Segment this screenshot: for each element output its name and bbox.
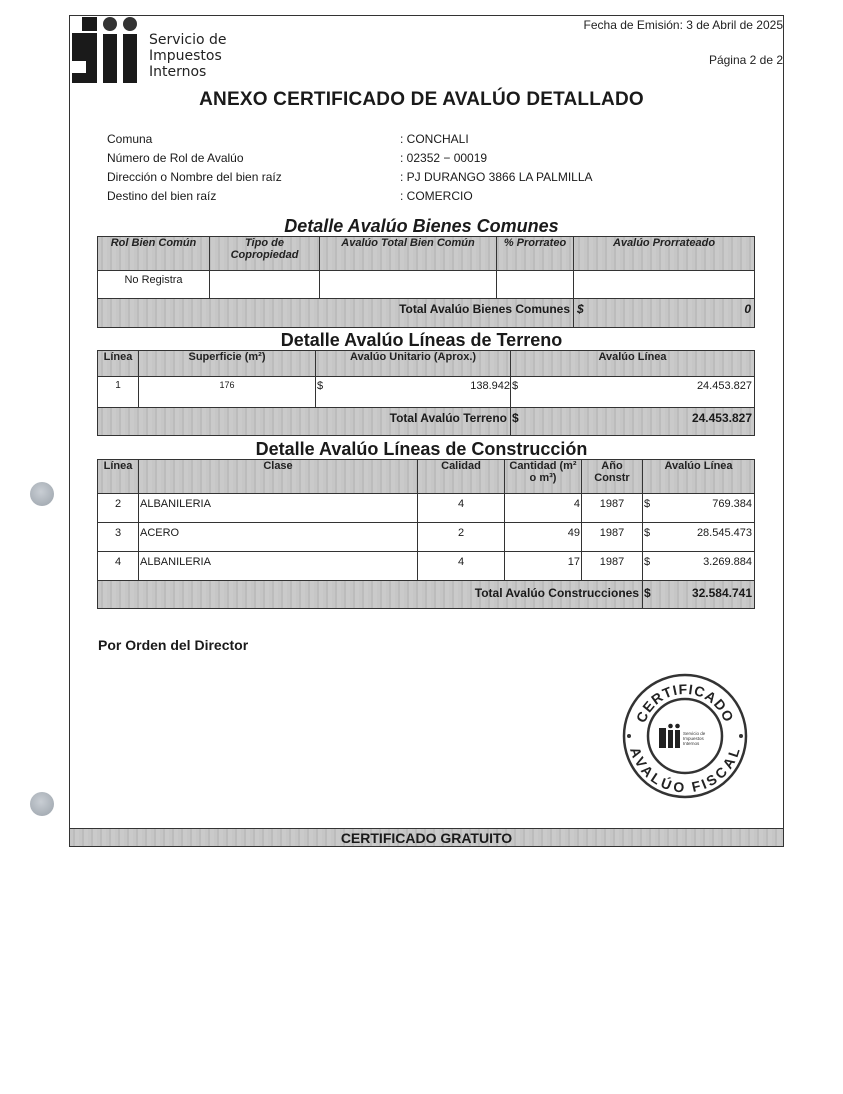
- info-row-destino: Destino del bien raíz : COMERCIO: [107, 187, 593, 206]
- cell-superficie: 176: [139, 377, 316, 408]
- certificado-avaluo-fiscal-stamp: CERTIFICADO AVALÚO FISCAL Servicio de Im…: [621, 672, 749, 800]
- table-construccion: Línea Clase Calidad Cantidad (m² o m³) A…: [97, 459, 755, 609]
- property-info: Comuna : CONCHALI Número de Rol de Avalú…: [107, 130, 593, 206]
- info-row-rol: Número de Rol de Avalúo : 02352 − 00019: [107, 149, 593, 168]
- info-row-comuna: Comuna : CONCHALI: [107, 130, 593, 149]
- table-row: No Registra: [98, 271, 755, 299]
- cell-avaluo-linea: $ 24.453.827: [511, 377, 755, 408]
- line-value: 24.453.827: [697, 380, 752, 392]
- column-header: Superficie (m²): [139, 351, 316, 377]
- document-title: ANEXO CERTIFICADO DE AVALÚO DETALLADO: [0, 89, 843, 111]
- cell-avaluo-total: [320, 271, 497, 299]
- table-header-row: Línea Clase Calidad Cantidad (m² o m³) A…: [98, 460, 755, 494]
- punch-hole-top: [30, 482, 54, 506]
- table-total-row: Total Avalúo Bienes Comunes $ 0: [98, 299, 755, 328]
- cell-linea: 4: [98, 552, 139, 581]
- line-value: 28.545.473: [697, 527, 752, 539]
- signature-line: Por Orden del Director: [98, 637, 248, 653]
- currency-symbol: $: [644, 586, 651, 600]
- column-header: Línea: [98, 460, 139, 494]
- cell-linea: 1: [98, 377, 139, 408]
- column-header: Tipo de Copropiedad: [210, 237, 320, 271]
- column-header: Cantidad (m² o m³): [505, 460, 582, 494]
- table-row: 1 176 $ 138.942 $ 24.453.827: [98, 377, 755, 408]
- page-number: Página 2 de 2: [709, 53, 783, 67]
- table-row: 3 ACERO 2 49 1987 $ 28.545.473: [98, 523, 755, 552]
- column-header: Avalúo Total Bien Común: [320, 237, 497, 271]
- column-header: Avalúo Unitario (Aprox.): [316, 351, 511, 377]
- cell-clase: ACERO: [139, 523, 418, 552]
- cell-clase: ALBANILERIA: [139, 552, 418, 581]
- line-value: 3.269.884: [703, 556, 752, 568]
- punch-hole-bottom: [30, 792, 54, 816]
- column-header: Rol Bien Común: [98, 237, 210, 271]
- line-value: 769.384: [712, 498, 752, 510]
- total-value: 0: [744, 302, 751, 316]
- total-label: Total Avalúo Terreno: [98, 408, 511, 436]
- column-header: Avalúo Línea: [643, 460, 755, 494]
- info-value: : PJ DURANGO 3866 LA PALMILLA: [400, 168, 593, 187]
- cell-calidad: 2: [418, 523, 505, 552]
- cell-clase: ALBANILERIA: [139, 494, 418, 523]
- column-header: Avalúo Línea: [511, 351, 755, 377]
- unit-value: 138.942: [470, 380, 510, 392]
- info-value: : COMERCIO: [400, 187, 473, 206]
- info-label: Destino del bien raíz: [107, 187, 400, 206]
- cell-avaluo-prorrateado: [574, 271, 755, 299]
- cell-prorrateo: [497, 271, 574, 299]
- currency-symbol: $: [317, 380, 323, 392]
- table-terreno: Línea Superficie (m²) Avalúo Unitario (A…: [97, 350, 755, 436]
- currency-symbol: $: [512, 380, 518, 392]
- column-header: Avalúo Prorrateado: [574, 237, 755, 271]
- cell-anio: 1987: [582, 494, 643, 523]
- org-name: Servicio de Impuestos Internos: [149, 32, 227, 80]
- cell-avaluo-linea: $ 3.269.884: [643, 552, 755, 581]
- column-header: Año Constr: [582, 460, 643, 494]
- stamp-org-line: Internos: [683, 741, 700, 746]
- column-header: Línea: [98, 351, 139, 377]
- total-value-cell: $ 32.584.741: [643, 581, 755, 609]
- cell-linea: 2: [98, 494, 139, 523]
- table-header-row: Línea Superficie (m²) Avalúo Unitario (A…: [98, 351, 755, 377]
- table-total-row: Total Avalúo Terreno $ 24.453.827: [98, 408, 755, 436]
- stamp-sii-logo-icon: [659, 724, 680, 748]
- cell-anio: 1987: [582, 523, 643, 552]
- currency-symbol: $: [644, 527, 650, 539]
- total-value-cell: $ 24.453.827: [511, 408, 755, 436]
- sii-logo: Servicio de Impuestos Internos: [72, 17, 242, 87]
- column-header: % Prorrateo: [497, 237, 574, 271]
- table-row: 2 ALBANILERIA 4 4 1987 $ 769.384: [98, 494, 755, 523]
- section-title-construccion: Detalle Avalúo Líneas de Construcción: [0, 439, 843, 460]
- cell-anio: 1987: [582, 552, 643, 581]
- cell-cantidad: 49: [505, 523, 582, 552]
- cell-cantidad: 17: [505, 552, 582, 581]
- currency-symbol: $: [644, 556, 650, 568]
- stamp-bottom-text: AVALÚO FISCAL: [627, 745, 743, 796]
- org-name-line: Impuestos: [149, 48, 227, 64]
- table-row: 4 ALBANILERIA 4 17 1987 $ 3.269.884: [98, 552, 755, 581]
- cell-unitario: $ 138.942: [316, 377, 511, 408]
- table-total-row: Total Avalúo Construcciones $ 32.584.741: [98, 581, 755, 609]
- section-title-terreno: Detalle Avalúo Líneas de Terreno: [0, 330, 843, 351]
- cell-linea: 3: [98, 523, 139, 552]
- column-header: Calidad: [418, 460, 505, 494]
- svg-text:AVALÚO FISCAL: AVALÚO FISCAL: [627, 745, 743, 796]
- table-bienes-comunes: Rol Bien Común Tipo de Copropiedad Avalú…: [97, 236, 755, 328]
- total-value-cell: $ 0: [574, 299, 755, 328]
- cell-rol: No Registra: [98, 271, 210, 299]
- total-value: 32.584.741: [692, 586, 752, 600]
- org-name-line: Internos: [149, 64, 227, 80]
- info-row-direccion: Dirección o Nombre del bien raíz : PJ DU…: [107, 168, 593, 187]
- info-label: Dirección o Nombre del bien raíz: [107, 168, 400, 187]
- info-value: : CONCHALI: [400, 130, 469, 149]
- cell-avaluo-linea: $ 28.545.473: [643, 523, 755, 552]
- total-label: Total Avalúo Construcciones: [98, 581, 643, 609]
- table-header-row: Rol Bien Común Tipo de Copropiedad Avalú…: [98, 237, 755, 271]
- total-label: Total Avalúo Bienes Comunes: [98, 299, 574, 328]
- cell-tipo: [210, 271, 320, 299]
- currency-symbol: $: [512, 411, 519, 425]
- section-title-bienes-comunes: Detalle Avalúo Bienes Comunes: [0, 216, 843, 237]
- info-label: Comuna: [107, 130, 400, 149]
- currency-symbol: $: [644, 498, 650, 510]
- cell-calidad: 4: [418, 494, 505, 523]
- org-name-line: Servicio de: [149, 32, 227, 48]
- cell-calidad: 4: [418, 552, 505, 581]
- cell-cantidad: 4: [505, 494, 582, 523]
- column-header: Clase: [139, 460, 418, 494]
- sii-logo-icon: [72, 17, 142, 83]
- cell-avaluo-linea: $ 769.384: [643, 494, 755, 523]
- info-label: Número de Rol de Avalúo: [107, 149, 400, 168]
- info-value: : 02352 − 00019: [400, 149, 487, 168]
- issue-date: Fecha de Emisión: 3 de Abril de 2025: [584, 18, 783, 32]
- footer-certificado-gratuito: CERTIFICADO GRATUITO: [69, 828, 784, 847]
- total-value: 24.453.827: [692, 411, 752, 425]
- currency-symbol: $: [577, 302, 584, 316]
